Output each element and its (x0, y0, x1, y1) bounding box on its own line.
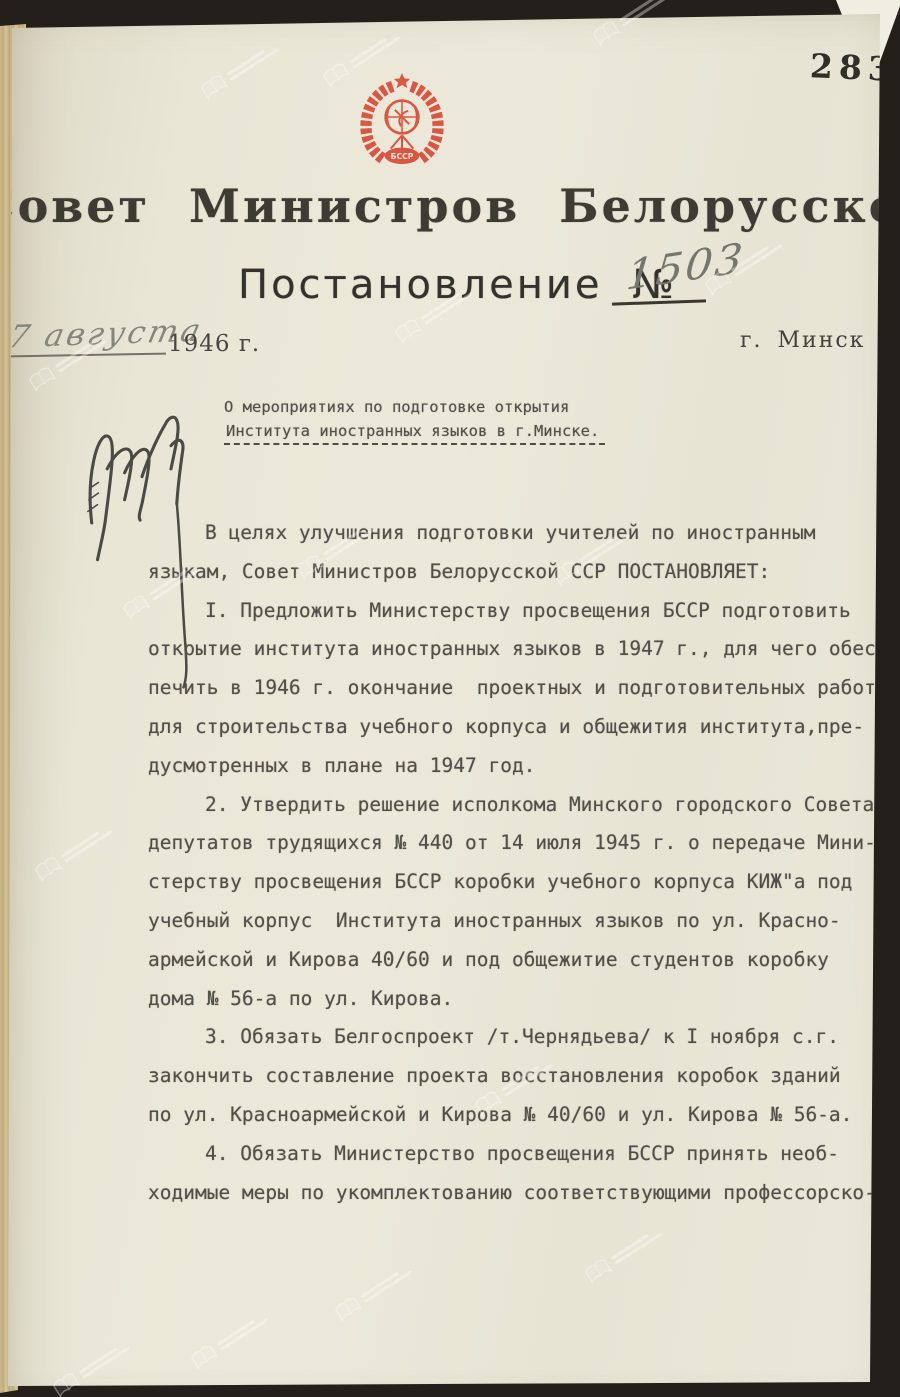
city-label: г. Минск (740, 328, 865, 353)
decree-subject: О мероприятиях по подготовке открытия Ин… (224, 398, 605, 445)
body-line: ходимые меры по укомплектованию соответс… (148, 1174, 893, 1213)
body-line: языкам, Совет Министров Белорусской ССР … (148, 553, 893, 592)
scanned-document-photo: 283 БССР Совет Министров Белорусской ССР… (0, 0, 900, 1397)
emblem-caption: БССР (391, 152, 414, 161)
globe-hammer-sickle (386, 101, 419, 151)
typed-year: 1946 г. (168, 331, 260, 357)
page-number-stamp: 283 (809, 46, 898, 89)
body-line: В целях улучшения подготовки учителей по… (148, 514, 893, 553)
body-line: депутатов трудящихся № 440 от 14 июля 19… (148, 824, 893, 863)
body-text: В целях улучшения подготовки учителей по… (148, 514, 893, 1212)
body-line: армейской и Кирова 40/60 и под общежитие… (148, 941, 893, 980)
body-line: по ул. Красноармейской и Кирова № 40/60 … (148, 1096, 893, 1135)
document-page: 283 БССР Совет Министров Белорусской ССР… (0, 0, 900, 1397)
body-line: 2. Утвердить решение исполкома Минского … (148, 786, 893, 825)
body-line: закончить составление проекта восстановл… (148, 1057, 893, 1096)
handwritten-decree-number: 1503 (624, 233, 746, 299)
body-line: дусмотренных в плане на 1947 год. (148, 747, 893, 786)
body-line: 3. Обязать Белгоспроект /т.Чернядьева/ к… (148, 1018, 893, 1057)
subject-line-2: Института иностранных языков в г.Минске. (224, 422, 605, 445)
body-line: для строительства учебного корпуса и общ… (148, 708, 893, 747)
body-line: I. Предложить Министерству просвещения Б… (148, 592, 893, 631)
body-line: стерству просвещения БССР коробки учебно… (148, 863, 893, 902)
organization-title: Совет Министров Белорусской ССР (0, 179, 900, 233)
document-type-heading: Постановление № (238, 262, 677, 308)
bssr-emblem-stamp: БССР (356, 70, 448, 168)
body-line: 4. Обязать Министерство просвещения БССР… (148, 1135, 893, 1174)
body-line: открытие института иностранных языков в … (148, 630, 893, 669)
body-line: учебный корпус Института иностранных язы… (148, 902, 893, 941)
body-line: печить в 1946 г. окончание проектных и п… (148, 669, 893, 708)
body-line: дома № 56-а по ул. Кирова. (148, 980, 893, 1019)
star-icon (394, 73, 410, 88)
subject-line-1: О мероприятиях по подготовке открытия (224, 398, 605, 416)
